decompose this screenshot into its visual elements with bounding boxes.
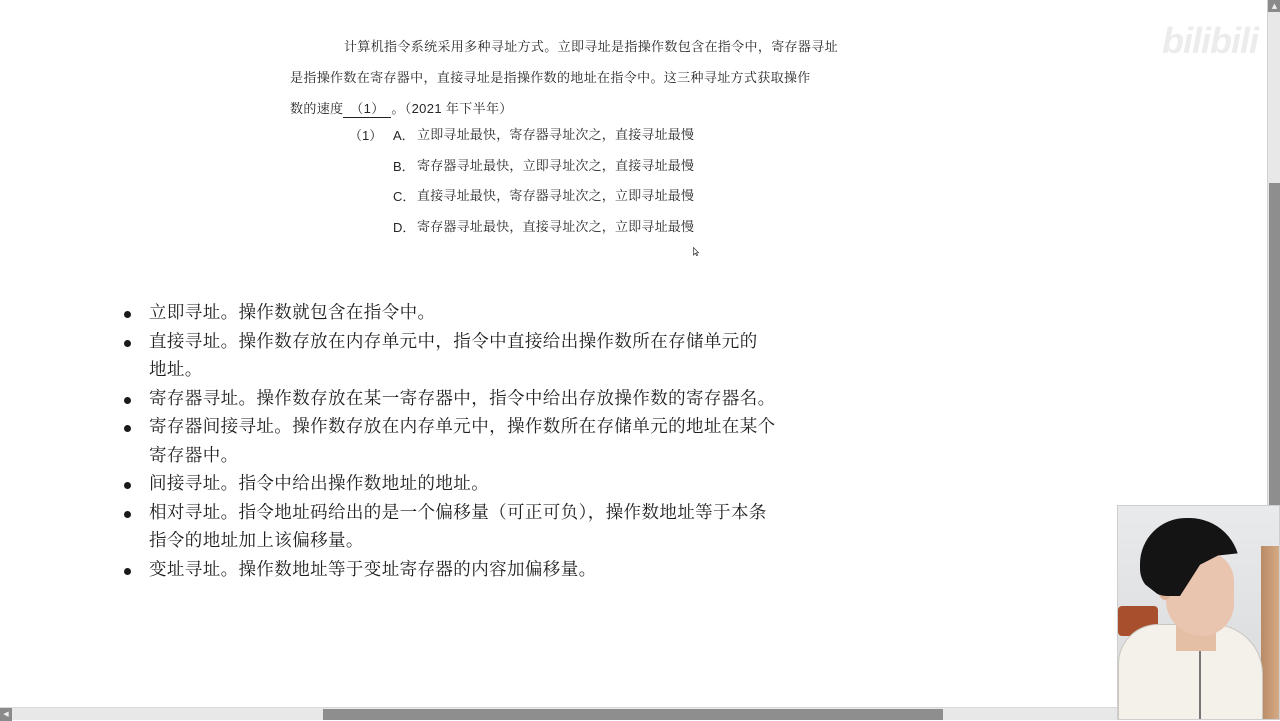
- option-text: 寄存器寻址最快，直接寻址次之，立即寻址最慢: [417, 213, 694, 244]
- question-line-1: 计算机指令系统采用多种寻址方式。立即寻址是指操作数包含在指令中，寄存器寻址: [344, 40, 838, 55]
- option-text: 寄存器寻址最快，立即寻址次之，直接寻址最慢: [417, 152, 694, 183]
- answer-blank: （1）: [343, 101, 391, 118]
- vertical-scroll-thumb[interactable]: [1269, 183, 1280, 505]
- background-shelf: [1261, 546, 1279, 720]
- list-item-text: 直接寻址。操作数存放在内存单元中，指令中直接给出操作数所在存储单元的: [149, 328, 810, 357]
- webcam-overlay: [1117, 505, 1280, 720]
- addressing-modes-list: 立即寻址。操作数就包含在指令中。 直接寻址。操作数存放在内存单元中，指令中直接给…: [120, 299, 810, 584]
- question-line-2: 是指操作数在寄存器中，直接寻址是指操作数的地址在指令中。这三种寻址方式获取操作: [290, 64, 811, 95]
- option-text: 立即寻址最快，寄存器寻址次之，直接寻址最慢: [417, 121, 694, 152]
- option-letter: B．: [393, 152, 415, 183]
- list-item-text: 寄存器间接寻址。操作数存放在内存单元中，操作数所在存储单元的地址在某个: [149, 413, 810, 442]
- mouse-cursor-icon: [693, 247, 699, 256]
- document-viewport: bilibili 计算机指令系统采用多种寻址方式。立即寻址是指操作数包含在指令中…: [0, 0, 1267, 707]
- list-item-text: 寄存器中。: [149, 442, 810, 471]
- list-item-text: 变址寻址。操作数地址等于变址寄存器的内容加偏移量。: [149, 556, 810, 585]
- list-item-register-indirect: 寄存器间接寻址。操作数存放在内存单元中，操作数所在存储单元的地址在某个 寄存器中…: [120, 413, 810, 470]
- list-item-indexed: 变址寻址。操作数地址等于变址寄存器的内容加偏移量。: [120, 556, 810, 585]
- horizontal-scroll-thumb[interactable]: [323, 709, 943, 720]
- option-letter: C．: [393, 182, 415, 213]
- list-item-text: 立即寻址。操作数就包含在指令中。: [149, 299, 810, 328]
- list-item-text: 寄存器寻址。操作数存放在某一寄存器中，指令中给出存放操作数的寄存器名。: [149, 385, 810, 414]
- scroll-left-arrow-icon[interactable]: ◀: [0, 708, 12, 720]
- list-item-text: 相对寻址。指令地址码给出的是一个偏移量（可正可负），操作数地址等于本条: [149, 499, 810, 528]
- list-item-text: 间接寻址。指令中给出操作数地址的地址。: [149, 470, 810, 499]
- list-item-register: 寄存器寻址。操作数存放在某一寄存器中，指令中给出存放操作数的寄存器名。: [120, 385, 810, 414]
- list-item-text: 指令的地址加上该偏移量。: [149, 527, 810, 556]
- horizontal-scrollbar[interactable]: ◀: [0, 707, 1267, 720]
- list-item-immediate: 立即寻址。操作数就包含在指令中。: [120, 299, 810, 328]
- list-item-text: 地址。: [149, 356, 810, 385]
- item-number: （1）: [349, 121, 382, 152]
- list-item-direct: 直接寻址。操作数存放在内存单元中，指令中直接给出操作数所在存储单元的 地址。: [120, 328, 810, 385]
- list-item-indirect: 间接寻址。指令中给出操作数地址的地址。: [120, 470, 810, 499]
- option-text: 直接寻址最快，寄存器寻址次之，立即寻址最慢: [417, 182, 694, 213]
- option-letter: A．: [393, 121, 415, 152]
- bilibili-logo-watermark: bilibili: [1162, 20, 1257, 68]
- option-letter: D．: [393, 213, 415, 244]
- scroll-up-arrow-icon[interactable]: ▲: [1268, 0, 1280, 12]
- question-line-3-prefix: 数的速度: [290, 102, 343, 117]
- list-item-relative: 相对寻址。指令地址码给出的是一个偏移量（可正可负），操作数地址等于本条 指令的地…: [120, 499, 810, 556]
- question-source: 。（2021 年下半年）: [391, 101, 512, 116]
- question-paragraph: 计算机指令系统采用多种寻址方式。立即寻址是指操作数包含在指令中，寄存器寻址 是指…: [317, 33, 857, 126]
- exam-question: 计算机指令系统采用多种寻址方式。立即寻址是指操作数包含在指令中，寄存器寻址 是指…: [317, 33, 857, 126]
